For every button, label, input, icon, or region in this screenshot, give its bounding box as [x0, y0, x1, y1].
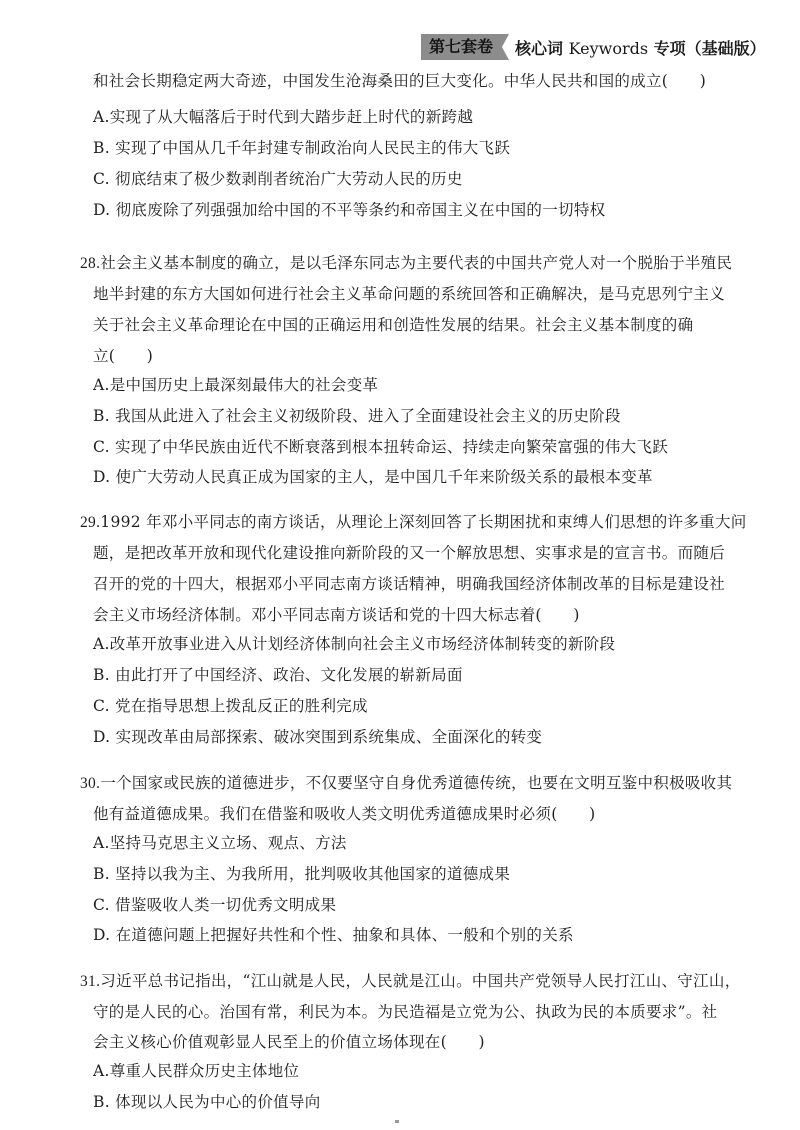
q29-number: 29. — [80, 514, 100, 531]
header-title-prefix: 核心词 — [515, 39, 569, 58]
q29-option-b: B. 由此打开了中国经济、政治、文化发展的崭新局面 — [93, 665, 463, 685]
q29-option-c: C. 党在指导思想上拨乱反正的胜利完成 — [93, 696, 368, 716]
q27-option-b: B. 实现了中国从几千年封建专制政治向人民民主的伟大飞跃 — [93, 138, 510, 158]
q27-stem-tail: 和社会长期稳定两大奇迹，中国发生沧海桑田的巨大变化。中华人民共和国的成立( ) — [93, 71, 706, 91]
q28-number: 28. — [80, 255, 100, 272]
q29-stem-line-3: 召开的党的十四大，根据邓小平同志南方谈话精神，明确我国经济体制改革的目标是建设社 — [93, 574, 725, 594]
q31-option-a: A.尊重人民群众历史主体地位 — [93, 1061, 299, 1081]
q29-stem-text-1: 1992 年邓小平同志的南方谈话，从理论上深刻回答了长期困扰和束缚人们思想的许多… — [100, 513, 746, 531]
q27-option-d: D. 彻底废除了列强强加给中国的不平等条约和帝国主义在中国的一切特权 — [93, 200, 605, 220]
q30-stem-line-1: 30.一个国家或民族的道德进步，不仅要坚守自身优秀道德传统，也要在文明互鉴中积极… — [80, 773, 732, 794]
q28-option-c: C. 实现了中华民族由近代不断衰落到根本扭转命运、持续走向繁荣富强的伟大飞跃 — [93, 437, 668, 457]
header-title-keywords: Keywords — [569, 39, 648, 58]
q31-stem-line-1: 31.习近平总书记指出，“江山就是人民，人民就是江山。中国共产党领导人民打江山、… — [80, 971, 741, 992]
q27-option-c: C. 彻底结束了极少数剥削者统治广大劳动人民的历史 — [93, 169, 463, 189]
q30-option-c: C. 借鉴吸收人类一切优秀文明成果 — [93, 895, 336, 915]
page-header: 第七套卷 核心词 Keywords 专项（基础版） — [421, 34, 766, 60]
q28-stem-line-1: 28.社会主义基本制度的确立，是以毛泽东同志为主要代表的中国共产党人对一个脱胎于… — [80, 253, 732, 274]
q31-stem-line-3: 会主义核心价值观彰显人民至上的价值立场体现在( ) — [93, 1032, 485, 1052]
q27-option-a: A.实现了从大幅落后于时代到大踏步赶上时代的新跨越 — [93, 107, 473, 127]
q28-stem-line-3: 关于社会主义革命理论在中国的正确运用和创造性发展的结果。社会主义基本制度的确 — [93, 315, 693, 335]
q28-stem-text-1: 社会主义基本制度的确立，是以毛泽东同志为主要代表的中国共产党人对一个脱胎于半殖民 — [100, 254, 732, 272]
q30-number: 30. — [80, 775, 100, 792]
q30-stem-line-2: 他有益道德成果。我们在借鉴和吸收人类文明优秀道德成果时必须( ) — [93, 804, 596, 824]
q28-option-a: A.是中国历史上最深刻最伟大的社会变革 — [93, 375, 378, 395]
q29-stem-line-4: 会主义市场经济体制。邓小平同志南方谈话和党的十四大标志着( ) — [93, 605, 580, 625]
q28-option-d: D. 使广大劳动人民真正成为国家的主人，是中国几千年来阶级关系的最根本变革 — [93, 467, 653, 487]
q28-stem-line-4: 立( ) — [93, 346, 153, 366]
q30-stem-text-1: 一个国家或民族的道德进步，不仅要坚守自身优秀道德传统，也要在文明互鉴中积极吸收其 — [100, 774, 732, 792]
page-mark — [395, 1120, 399, 1123]
q30-option-a: A.坚持马克思主义立场、观点、方法 — [93, 833, 347, 853]
q31-stem-line-2: 守的是人民的心。治国有常，利民为本。为民造福是立党为公、执政为民的本质要求”。社 — [93, 1002, 717, 1022]
q29-option-a: A.改革开放事业进入从计划经济体制向社会主义市场经济体制转变的新阶段 — [93, 634, 615, 654]
exam-set-tag: 第七套卷 — [421, 34, 509, 60]
q29-stem-line-2: 题，是把改革开放和现代化建设推向新阶段的又一个解放思想、实事求是的宣言书。而随后 — [93, 543, 725, 563]
q31-number: 31. — [80, 973, 100, 990]
q30-option-d: D. 在道德问题上把握好共性和个性、抽象和具体、一般和个别的关系 — [93, 925, 574, 945]
q30-option-b: B. 坚持以我为主、为我所用，批判吸收其他国家的道德成果 — [93, 864, 510, 884]
header-title: 核心词 Keywords 专项（基础版） — [515, 36, 766, 59]
q29-option-d: D. 实现改革由局部探索、破冰突围到系统集成、全面深化的转变 — [93, 727, 542, 747]
header-title-suffix: 专项（基础版） — [648, 39, 766, 58]
q31-option-b: B. 体现以人民为中心的价值导向 — [93, 1092, 321, 1112]
q28-option-b: B. 我国从此进入了社会主义初级阶段、进入了全面建设社会主义的历史阶段 — [93, 406, 621, 426]
q28-stem-line-2: 地半封建的东方大国如何进行社会主义革命问题的系统回答和正确解决，是马克思列宁主义 — [93, 284, 725, 304]
q29-stem-line-1: 29.1992 年邓小平同志的南方谈话，从理论上深刻回答了长期困扰和束缚人们思想… — [80, 512, 747, 533]
q31-stem-text-1: 习近平总书记指出，“江山就是人民，人民就是江山。中国共产党领导人民打江山、守江山… — [100, 972, 740, 990]
